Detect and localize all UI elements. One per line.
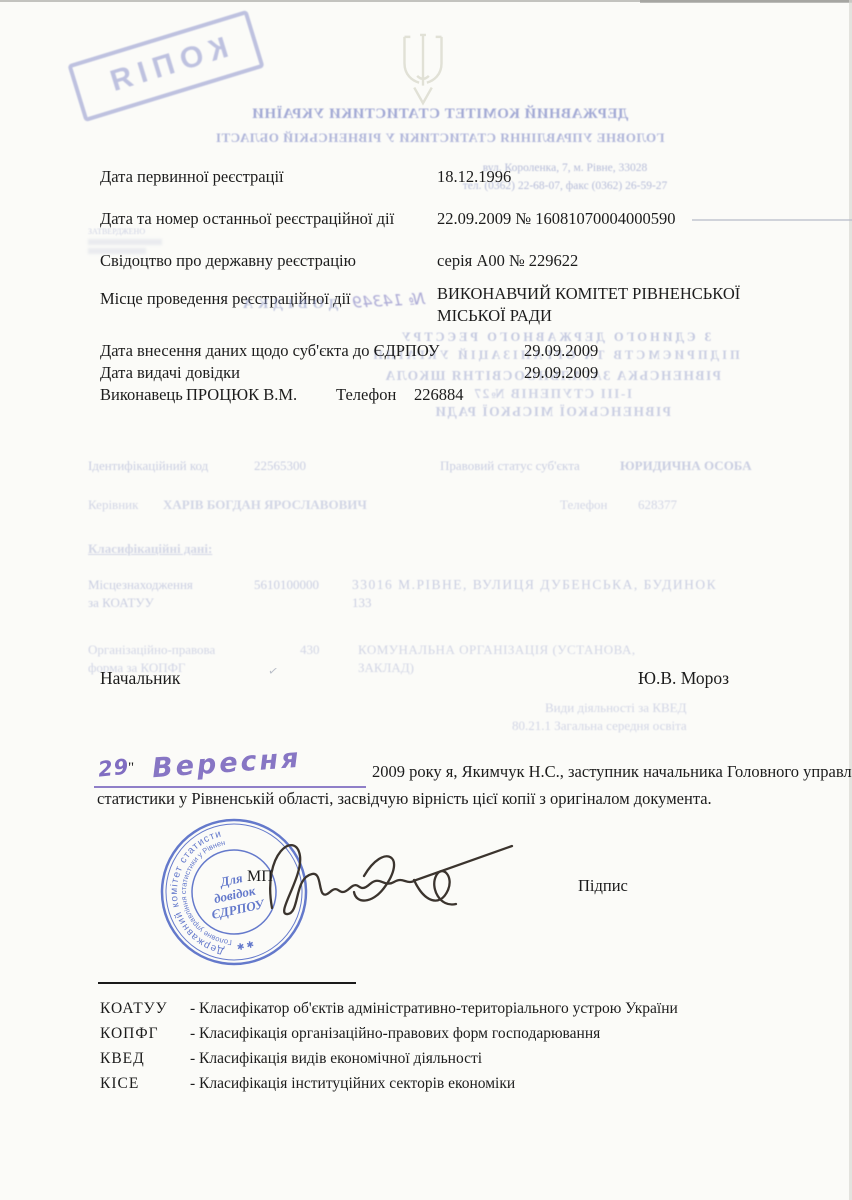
ghost-head-phone: 628377 [638,497,677,513]
ghost-id-label: Ідентифікаційний код [88,458,208,474]
issue-date-value: 29.09.2009 [524,363,598,383]
entry-date-value: 29.09.2009 [524,341,598,361]
ghost-status-value: ЮРИДИЧНА ОСОБА [620,458,752,474]
reg-row3-label: Свідоцтво про державну реєстрацію [100,251,356,271]
ghost-approved-note: ЗАТВЕРДЖЕНО [88,227,162,254]
legend-abbr-kopfg: КОПФГ [100,1025,159,1043]
ghost-dovidka-number-handwritten: № 14349 [352,289,426,312]
legend-desc-kved: - Класифікація видів економічної діяльно… [190,1050,482,1068]
trident-icon [392,33,454,109]
ghost-location-label1: Місцезнаходження [88,577,193,593]
ghost-id-code: 22565300 [254,458,306,474]
handwritten-day: 29 [97,754,131,781]
chief-name: Ю.В. Мороз [638,668,729,689]
executor-phone-label: Телефон [336,385,396,405]
entry-date-label: Дата внесення даних щодо суб'єкта до ЄДР… [100,341,440,361]
ghost-address-line: вул. Короленка, 7, м. Рівне, 33028 [350,162,780,174]
reg-row4-value-line2: МІСЬКОЇ РАДИ [437,306,552,326]
handwritten-month: Вересня [151,743,302,784]
ghost-letterhead-line2: ГОЛОВНЕ УПРАВЛІННЯ СТАТИСТИКИ У РІВНЕНСЬ… [120,130,760,146]
quote-mark: " [128,760,134,777]
reg-row2-value: 22.09.2009 № 16081070004000590 [437,209,676,229]
ghost-form-value1: КОМУНАЛЬНА ОРГАНІЗАЦІЯ (УСТАНОВА, [358,642,636,658]
handwritten-underline [94,786,366,788]
ghost-dovidka-title: ДОВІДКА [238,297,338,313]
reg-row2-label: Дата та номер останньої реєстраційної ді… [100,209,394,229]
legend-abbr-koatuu: КОАТУУ [100,1000,168,1018]
header-rule-fragment [692,219,852,221]
copy-stamp-text: КОПІЯ [100,31,232,101]
certification-line1: 2009 року я, Якимчук Н.С., заступник нач… [372,762,852,782]
ghost-approved-bar1 [88,239,162,245]
ghost-location-label2: за КОАТУУ [88,595,154,611]
signature-label: Підпис [578,876,628,896]
ghost-letterhead-line1: ДЕРЖАВНИЙ КОМІТЕТ СТАТИСТИКИ УКРАЇНИ [120,106,760,123]
executor-label: Виконавець [100,385,183,405]
ghost-activity-label: Види діяльності за КВЕД [545,700,686,716]
ghost-location-code: 5610100000 [254,577,319,593]
mp-mark: МП [247,868,273,886]
ghost-form-code: 430 [300,642,320,658]
ghost-status-label: Правовий статус суб'єкта [440,458,580,474]
ghost-head-name: ХАРІВ БОГДАН ЯРОСЛАВОВИЧ [163,497,367,513]
chief-title: Начальник [100,668,180,689]
executor-name: ПРОЦЮК В.М. [186,385,297,405]
legend-desc-kise: - Класифікація інституційних секторів ек… [190,1075,515,1093]
ghost-head-phone-label: Телефон [560,497,608,513]
scanned-document-page: КОПІЯ ДЕРЖАВНИЙ КОМІТЕТ СТАТИСТИКИ УКРАЇ… [0,0,852,1200]
scan-top-right-mark [640,0,852,3]
pencil-check-mark: ✓ [267,663,280,680]
legend-desc-koatuu: - Класифікатор об'єктів адміністративно-… [190,1000,678,1018]
legend-divider [98,982,356,984]
ghost-class-data-header: Класифікаційні дані: [88,541,212,557]
reg-row1-label: Дата первинної реєстрації [100,167,284,187]
ghost-form-label1: Організаційно-правова [88,642,215,658]
reg-row1-value: 18.12.1996 [437,167,511,187]
ghost-activity-line: 80.21.1 Загальна середня освіта [512,718,687,734]
legend-abbr-kise: КІСЕ [100,1075,139,1093]
issue-date-label: Дата видачі довідки [100,363,240,383]
legend-desc-kopfg: - Класифікація організаційно-правових фо… [190,1025,600,1043]
legend-abbr-kved: КВЕД [100,1050,145,1068]
ghost-location-value1: 33016 М.РІВНЕ, ВУЛИЦЯ ДУБЕНСЬКА, БУДИНОК [352,577,717,593]
ghost-location-value2: 133 [352,595,372,611]
executor-phone-value: 226884 [414,385,464,405]
reg-row4-value-line1: ВИКОНАВЧИЙ КОМІТЕТ РІВНЕНСЬКОЇ [437,284,740,304]
reg-row3-value: серія А00 № 229622 [437,251,578,271]
certification-line2: статистики у Рівненській області, засвід… [97,789,712,809]
ghost-org-name-line2: І-ІІІ СТУПЕНІВ №27 [340,386,765,402]
ghost-head-label: Керівник [88,497,138,513]
ghost-org-name-line3: РІВНЕНСЬКОЇ МІСЬКОЇ РАДИ [340,404,765,420]
signature [244,812,544,962]
ghost-form-value2: ЗАКЛАД) [358,660,414,676]
ghost-phone-line: тел. (0362) 22-68-07, факс (0362) 26-59-… [350,180,780,192]
